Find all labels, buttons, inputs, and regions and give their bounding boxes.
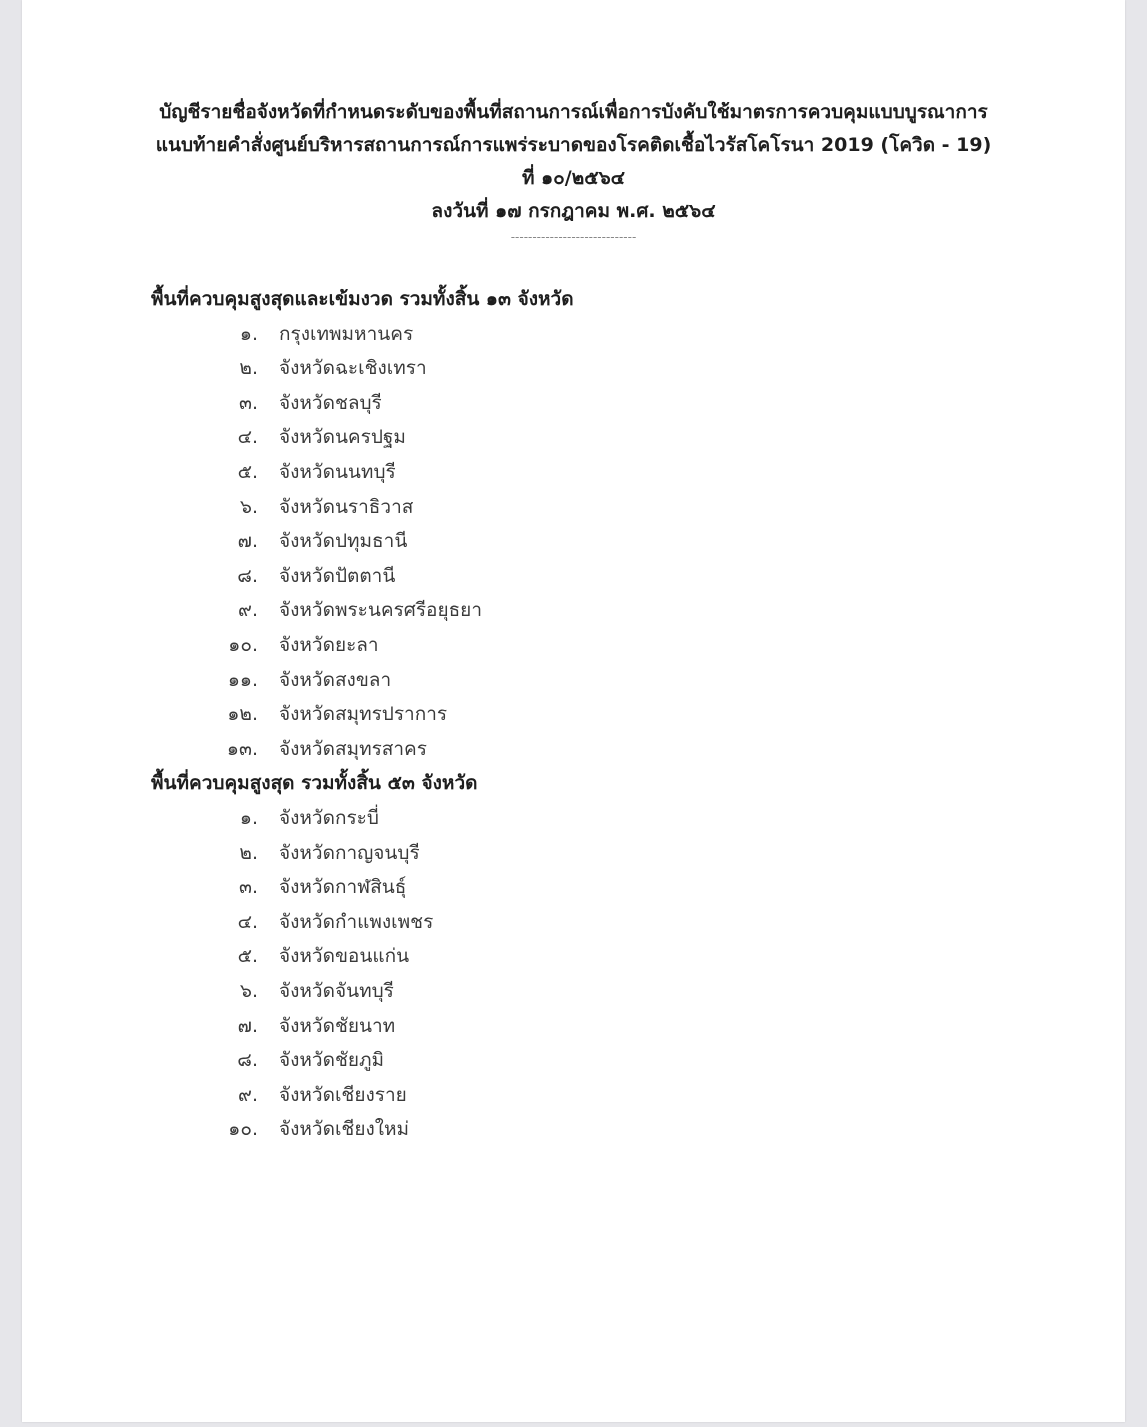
order-number: ที่ ๑๐/๒๕๖๔: [22, 162, 1125, 195]
province-name: จังหวัดชลบุรี: [279, 388, 382, 418]
province-name: จังหวัดเชียงราย: [279, 1080, 407, 1110]
item-number: ๓.: [198, 872, 258, 902]
item-number: ๑๐.: [198, 1114, 258, 1144]
item-number: ๕.: [198, 941, 258, 971]
province-name: จังหวัดชัยภูมิ: [279, 1045, 384, 1075]
province-name: จังหวัดพระนครศรีอยุธยา: [279, 595, 482, 625]
document-header: บัญชีรายชื่อจังหวัดที่กำหนดระดับของพื้นท…: [22, 96, 1125, 244]
item-number: ๕.: [198, 457, 258, 487]
province-name: จังหวัดยะลา: [279, 630, 379, 660]
province-name: จังหวัดสงขลา: [279, 665, 391, 695]
item-number: ๑๑.: [198, 665, 258, 695]
province-name: จังหวัดจันทบุรี: [279, 976, 394, 1006]
section-title: พื้นที่ควบคุมสูงสุดและเข้มงวด รวมทั้งสิ้…: [151, 284, 574, 314]
item-number: ๒.: [198, 838, 258, 868]
document-page: บัญชีรายชื่อจังหวัดที่กำหนดระดับของพื้นท…: [22, 0, 1125, 1422]
province-name: จังหวัดกาฬสินธุ์: [279, 872, 406, 902]
item-number: ๓.: [198, 388, 258, 418]
province-name: จังหวัดกำแพงเพชร: [279, 907, 433, 937]
province-name: จังหวัดขอนแก่น: [279, 941, 409, 971]
province-name: จังหวัดชัยนาท: [279, 1011, 395, 1041]
province-name: จังหวัดปทุมธานี: [279, 526, 407, 556]
province-name: จังหวัดนครปฐม: [279, 422, 406, 452]
item-number: ๗.: [198, 526, 258, 556]
item-number: ๘.: [198, 561, 258, 591]
province-name: จังหวัดนนทบุรี: [279, 457, 396, 487]
province-name: จังหวัดกระบี่: [279, 803, 379, 833]
item-number: ๖.: [198, 976, 258, 1006]
item-number: ๙.: [198, 1080, 258, 1110]
item-number: ๖.: [198, 492, 258, 522]
item-number: ๑๓.: [198, 734, 258, 764]
item-number: ๔.: [198, 422, 258, 452]
header-title-line-2: แนบท้ายคำสั่งศูนย์บริหารสถานการณ์การแพร่…: [22, 129, 1125, 162]
province-name: กรุงเทพมหานคร: [279, 319, 413, 349]
header-divider: -----------------------------: [22, 230, 1125, 244]
item-number: ๑๒.: [198, 699, 258, 729]
section-title: พื้นที่ควบคุมสูงสุด รวมทั้งสิ้น ๕๓ จังหว…: [151, 768, 477, 798]
item-number: ๔.: [198, 907, 258, 937]
province-name: จังหวัดกาญจนบุรี: [279, 838, 420, 868]
province-name: จังหวัดสมุทรปราการ: [279, 699, 447, 729]
province-name: จังหวัดนราธิวาส: [279, 492, 413, 522]
item-number: ๙.: [198, 595, 258, 625]
item-number: ๑.: [198, 319, 258, 349]
item-number: ๒.: [198, 353, 258, 383]
province-name: จังหวัดเชียงใหม่: [279, 1114, 409, 1144]
item-number: ๑.: [198, 803, 258, 833]
header-title-line-1: บัญชีรายชื่อจังหวัดที่กำหนดระดับของพื้นท…: [22, 96, 1125, 129]
item-number: ๗.: [198, 1011, 258, 1041]
order-date: ลงวันที่ ๑๗ กรกฎาคม พ.ศ. ๒๕๖๔: [22, 195, 1125, 228]
province-name: จังหวัดปัตตานี: [279, 561, 395, 591]
item-number: ๘.: [198, 1045, 258, 1075]
item-number: ๑๐.: [198, 630, 258, 660]
province-name: จังหวัดฉะเชิงเทรา: [279, 353, 427, 383]
province-name: จังหวัดสมุทรสาคร: [279, 734, 427, 764]
